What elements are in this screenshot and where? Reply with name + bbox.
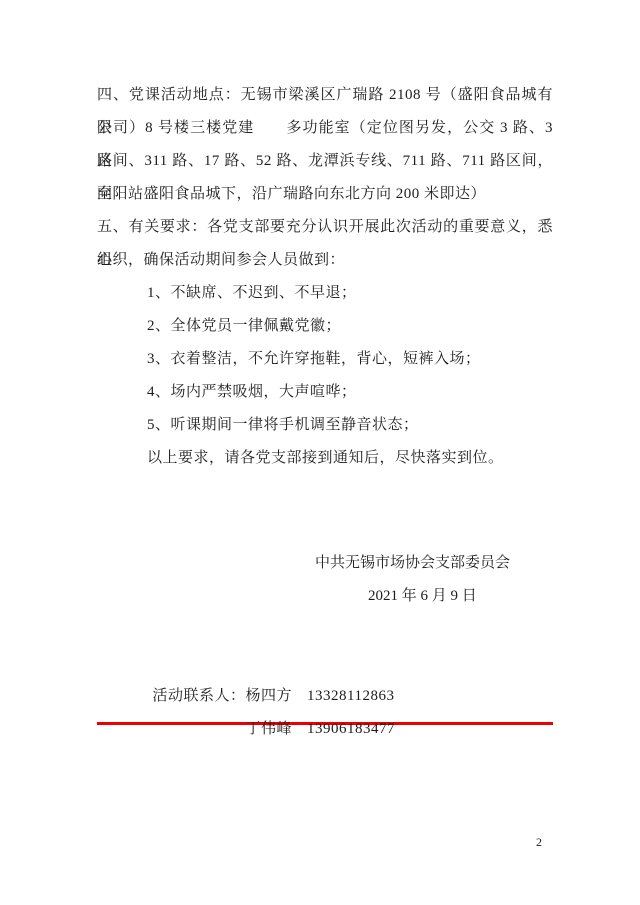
requirement-item: 4、场内严禁吸烟，大声喧哗；: [97, 376, 553, 409]
section-5-paragraph: 五、有关要求：各党支部要充分认识开展此次活动的重要意义，悉心 组织，确保活动期间…: [97, 211, 553, 277]
signature-organization: 中共无锡市场协会支部委员会: [315, 547, 553, 580]
page-number: 2: [536, 835, 542, 850]
requirement-item: 1、不缺席、不迟到、不早退；: [97, 277, 553, 310]
document-page: { "document": { "section4": { "lines": […: [0, 0, 640, 905]
contact-label: 活动联系人：: [153, 688, 246, 704]
requirements-list: 1、不缺席、不迟到、不早退； 2、全体党员一律佩戴党徽； 3、衣着整洁，不允许穿…: [97, 277, 553, 475]
requirement-item: 2、全体党员一律佩戴党徽；: [97, 310, 553, 343]
paragraph-line: 公司）8 号楼三楼党建 多功能室（定位图另发，公交 3 路、3 路: [97, 112, 553, 145]
paragraph-line: 五、有关要求：各党支部要充分认识开展此次活动的重要意义，悉心: [97, 211, 553, 244]
contact-phone: 13328112863: [307, 688, 394, 704]
closing-line: 以上要求，请各党支部接到通知后，尽快落实到位。: [97, 442, 553, 475]
paragraph-line: 四、党课活动地点：无锡市梁溪区广瑞路 2108 号（盛阳食品城有限: [97, 79, 553, 112]
paragraph-line: 组织，确保活动期间参会人员做到：: [97, 244, 553, 277]
requirement-item: 3、衣着整洁，不允许穿拖鞋，背心，短裤入场；: [97, 343, 553, 376]
paragraph-line: 区间、311 路、17 路、52 路、龙潭浜专线、711 路、711 路区间，至: [97, 145, 553, 178]
paragraph-line: 向阳站盛阳食品城下，沿广瑞路向东北方向 200 米即达）: [97, 178, 553, 211]
contact-name: 杨四方: [246, 688, 293, 704]
vertical-spacer: [97, 475, 553, 547]
contact-name: 丁伟峰: [246, 721, 293, 737]
contacts-block: 活动联系人：杨四方13328112863 丁伟峰13906183477: [97, 647, 553, 713]
signature-block: 中共无锡市场协会支部委员会 2021 年 6 月 9 日: [97, 547, 553, 613]
contact-line: 活动联系人：杨四方13328112863: [127, 647, 553, 680]
vertical-spacer: [97, 613, 553, 647]
requirement-item: 5、听课期间一律将手机调至静音状态；: [97, 409, 553, 442]
document-body: 四、党课活动地点：无锡市梁溪区广瑞路 2108 号（盛阳食品城有限 公司）8 号…: [97, 79, 553, 725]
signature-date: 2021 年 6 月 9 日: [368, 580, 553, 613]
section-4-paragraph: 四、党课活动地点：无锡市梁溪区广瑞路 2108 号（盛阳食品城有限 公司）8 号…: [97, 79, 553, 211]
contact-phone: 13906183477: [307, 721, 395, 737]
